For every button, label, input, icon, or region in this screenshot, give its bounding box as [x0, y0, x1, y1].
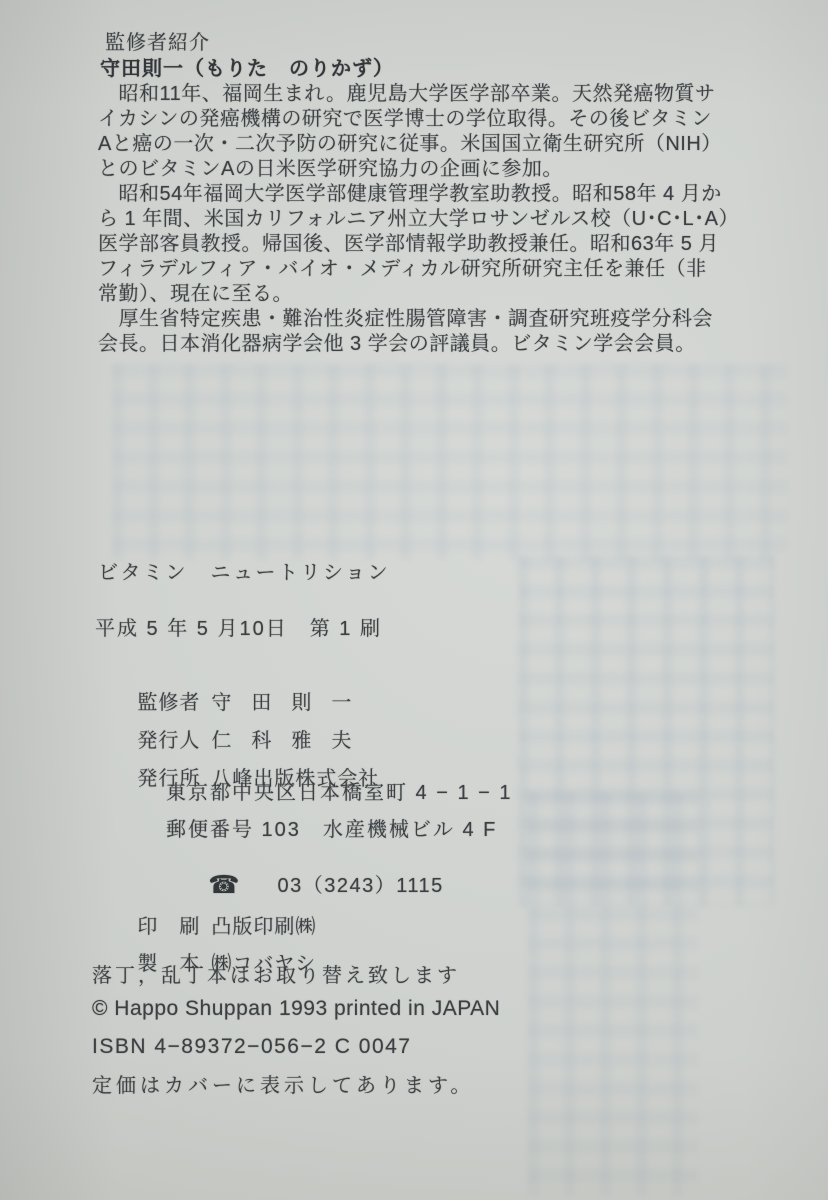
- bio-section-title: 監修者紹介: [98, 30, 758, 56]
- defect-exchange-notice: 落丁，乱丁本はお取り替え致します: [92, 959, 460, 988]
- print-date-line: 平成 5 年 5 月10日 第 1 刷: [95, 612, 382, 641]
- isbn-line: ISBN 4−89372−056−2 C 0047: [92, 1035, 411, 1059]
- book-colophon-page: 監修者紹介 守田則一（もりた のりかず） 昭和11年、福岡生まれ。鹿児島大学医学…: [0, 0, 828, 1200]
- supervisor-intro-section: 監修者紹介 守田則一（もりた のりかず） 昭和11年、福岡生まれ。鹿児島大学医学…: [98, 30, 758, 357]
- bio-paragraph-memberships: 厚生省特定疾患・難治性炎症性腸管障害・調査研究班疫学分科会 会長。日本消化器病学…: [98, 307, 758, 357]
- supervisor-name-line: 守田則一（もりた のりかず）: [98, 56, 758, 82]
- reverse-page-showthrough: [518, 556, 774, 906]
- publisher-address-line-2: 郵便番号 103 水産機械ビル 4 F: [166, 813, 497, 842]
- publisher-address-line-1: 東京都中央区日本橋室町 4 − 1 − 1: [166, 776, 513, 805]
- copyright-line: © Happo Shuppan 1993 printed in JAPAN: [92, 997, 500, 1021]
- price-notice: 定価はカバーに表示してあります。: [92, 1069, 474, 1098]
- bio-paragraph-career-later: 昭和54年福岡大学医学部健康管理学教室助教授。昭和58年 4 月か ら 1 年間…: [98, 182, 758, 307]
- reverse-page-showthrough: [528, 792, 698, 1196]
- reverse-page-showthrough: [112, 364, 788, 560]
- bio-paragraph-career-early: 昭和11年、福岡生まれ。鹿児島大学医学部卒業。天然発癌物質サ イカシンの発癌機構…: [98, 82, 758, 182]
- book-title: ビタミン ニュートリション: [98, 556, 390, 585]
